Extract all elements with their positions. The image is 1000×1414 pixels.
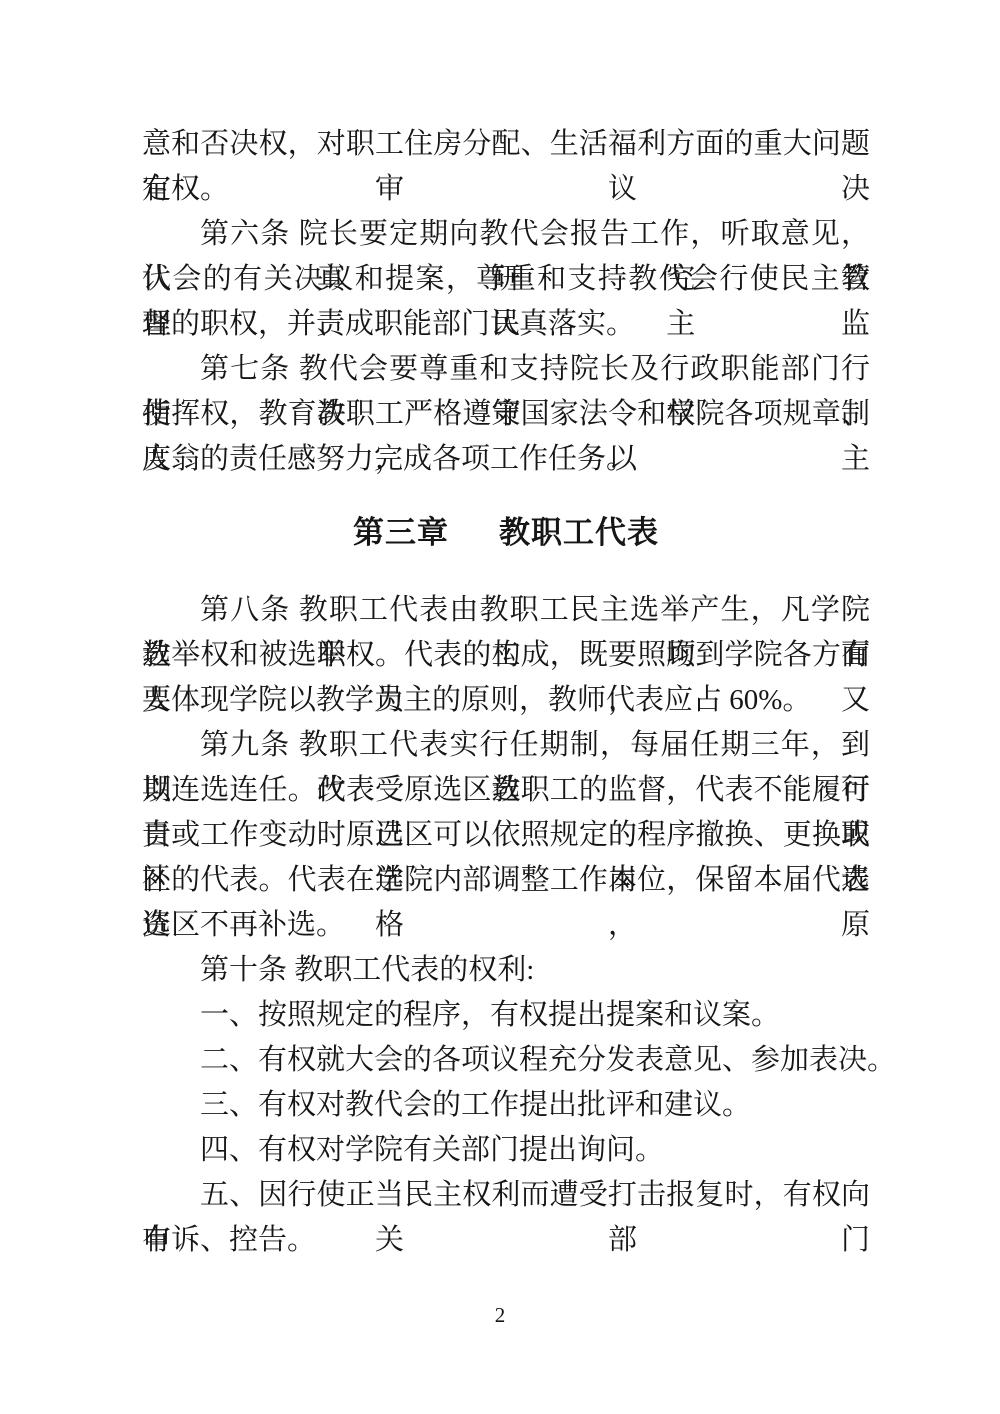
- text-line: 第九条 教职工代表实行任期制，每届任期三年，到期改选，可: [142, 723, 870, 768]
- chapter-heading: 第三章教职工代表: [142, 508, 870, 558]
- text-line: 一、按照规定的程序，有权提出提案和议案。: [142, 993, 870, 1038]
- document-body: 意和否决权，对职工住房分配、生活福利方面的重大问题有审议决定权。第六条 院长要定…: [142, 122, 870, 1263]
- text-line: 代会的有关决议和提案，尊重和支持教代会行使民主管理、民主监: [142, 257, 870, 302]
- text-line: 四、有权对学院有关部门提出询问。: [142, 1128, 870, 1173]
- text-line: 第十条 教职工代表的权利:: [142, 948, 870, 993]
- chapter-title: 教职工代表: [499, 515, 659, 550]
- text-line: 责或工作变动时原选区可以依照规定的程序撤换、更换或补选本选: [142, 813, 870, 858]
- text-line: 五、因行使正当民主权利而遭受打击报复时，有权向有关部门: [142, 1173, 870, 1218]
- text-line: 区的代表。代表在学院内部调整工作岗位，保留本届代表资格，原: [142, 858, 870, 903]
- text-line: 要体现学院以教学为主的原则，教师代表应占 60%。: [142, 678, 870, 723]
- chapter-number: 第三章: [353, 515, 449, 550]
- document-page: 意和否决权，对职工住房分配、生活福利方面的重大问题有审议决定权。第六条 院长要定…: [0, 0, 1000, 1414]
- text-line: 第七条 教代会要尊重和支持院长及行政职能部门行使决策权、: [142, 347, 870, 392]
- page-number: 2: [0, 1300, 1000, 1330]
- text-line: 指挥权，教育教职工严格遵守国家法令和学院各项规章制度，以主: [142, 392, 870, 437]
- text-line: 选举权和被选举权。代表的构成，既要照顾到学院各方面人员，又: [142, 633, 870, 678]
- text-line: 三、有权对教代会的工作提出批评和建议。: [142, 1083, 870, 1128]
- text-line: 二、有权就大会的各项议程充分发表意见、参加表决。: [142, 1038, 870, 1083]
- text-line: 意和否决权，对职工住房分配、生活福利方面的重大问题有审议决: [142, 122, 870, 167]
- text-line: 以连选连任。代表受原选区教职工的监督，代表不能履行自己的职: [142, 768, 870, 813]
- text-line: 第八条 教职工代表由教职工民主选举产生，凡学院教职工均有: [142, 588, 870, 633]
- text-line: 第六条 院长要定期向教代会报告工作，听取意见，认真研究教: [142, 212, 870, 257]
